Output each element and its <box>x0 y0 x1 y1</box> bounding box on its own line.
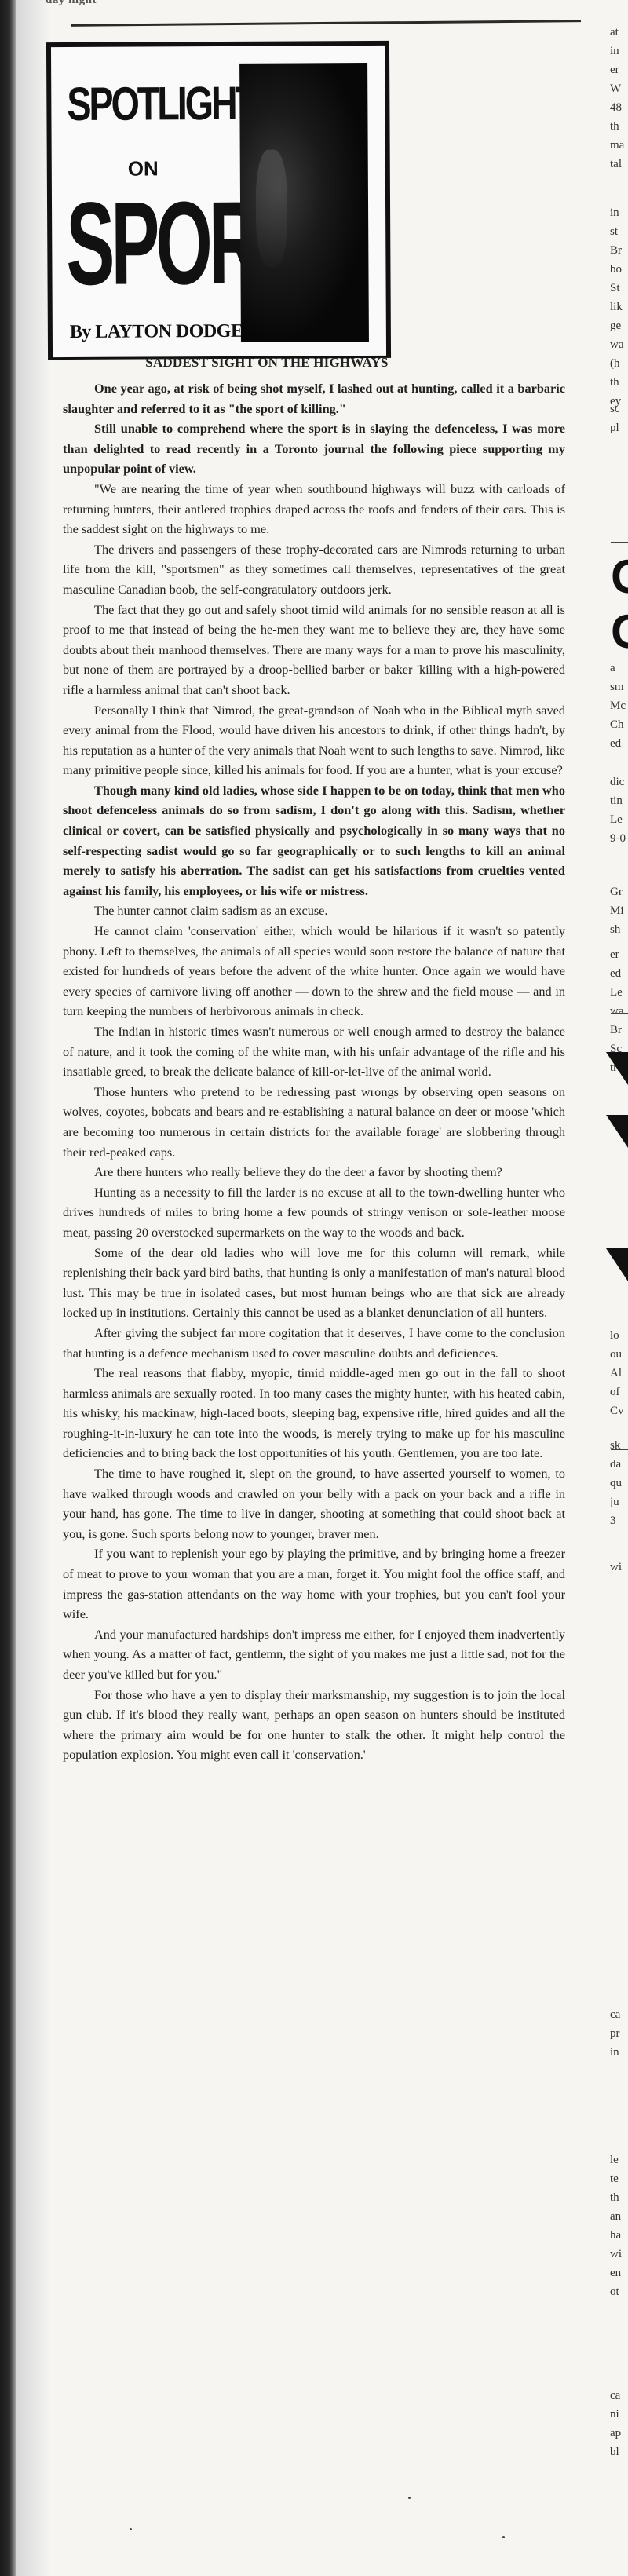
print-speck <box>408 2497 411 2499</box>
adjacent-text-fragment: 9-0 <box>610 830 626 847</box>
article-paragraph: The hunter cannot claim sadism as an exc… <box>63 901 565 921</box>
adjacent-text-fragment: an <box>610 2208 621 2225</box>
article-body: One year ago, at risk of being shot myse… <box>63 378 565 1765</box>
adjacent-text-fragment: W <box>610 80 621 97</box>
article-paragraph: Still unable to comprehend where the spo… <box>63 418 565 479</box>
adjacent-text-fragment: pr <box>610 2025 620 2042</box>
article-paragraph: Personally I think that Nimrod, the grea… <box>63 700 565 780</box>
article-paragraph: For those who have a yen to display thei… <box>63 1685 565 1765</box>
adjacent-text-fragment: st <box>610 223 618 240</box>
adjacent-text-fragment: th <box>610 2189 619 2206</box>
article-paragraph: "We are nearing the time of year when so… <box>63 479 565 539</box>
adjacent-text-fragment: er <box>610 61 619 79</box>
adjacent-text-fragment: ou <box>610 1346 622 1363</box>
adjacent-text-fragment: a <box>610 660 615 677</box>
article-paragraph: One year ago, at risk of being shot myse… <box>63 378 565 418</box>
article-paragraph: Some of the dear old ladies who will lov… <box>63 1243 565 1323</box>
adjacent-text-fragment: ju <box>610 1493 619 1511</box>
adjacent-text-fragment: ed <box>610 965 621 982</box>
adjacent-text-fragment: tin <box>610 792 623 809</box>
adjacent-text-fragment: ge <box>610 317 621 334</box>
adjacent-text-fragment: lo <box>610 1327 619 1344</box>
adjacent-text-fragment: Gr <box>610 883 623 901</box>
adjacent-text-fragment: Le <box>610 811 623 828</box>
adjacent-text-fragment: bl <box>610 2443 619 2461</box>
adjacent-text-fragment: in <box>610 2044 619 2061</box>
article-paragraph: The fact that they go out and safely sho… <box>63 600 565 700</box>
article-paragraph: The time to have roughed it, slept on th… <box>63 1463 565 1544</box>
masthead-spotlight: SPOTLIGHT <box>67 76 255 131</box>
adjacent-headline-glyph <box>606 1115 628 1150</box>
adjacent-text-fragment: St <box>610 280 620 297</box>
adjacent-text-fragment: wi <box>610 2245 622 2263</box>
column-masthead: SPOTLIGHT ON SPORTS By LAYTON DODGE <box>46 41 391 360</box>
adjacent-text-fragment: Cv <box>610 1402 624 1420</box>
adjacent-text-fragment: Br <box>610 1021 622 1039</box>
adjacent-text-fragment: dic <box>610 773 624 791</box>
adjacent-text-fragment: er <box>610 946 619 963</box>
adjacent-text-fragment: sk <box>610 1437 620 1454</box>
adjacent-text-fragment: (h <box>610 355 620 372</box>
page-gutter-fade <box>17 0 49 2576</box>
article-paragraph: And your manufactured hardships don't im… <box>63 1624 565 1685</box>
article-paragraph: Hunting as a necessity to fill the larde… <box>63 1182 565 1243</box>
adjacent-headline-letter: C <box>611 605 628 659</box>
article-paragraph: If you want to replenish your ego by pla… <box>63 1544 565 1624</box>
adjacent-text-fragment: wa <box>610 1003 624 1020</box>
adjacent-text-fragment: qu <box>610 1474 622 1492</box>
adjacent-headline-letter: C <box>611 550 628 604</box>
adjacent-text-fragment: pl <box>610 419 619 437</box>
adjacent-text-fragment: Ch <box>610 716 624 733</box>
adjacent-text-fragment: ed <box>610 735 621 752</box>
byline: By LAYTON DODGE <box>70 321 243 343</box>
adjacent-text-fragment: sm <box>610 678 624 696</box>
article-headline: SADDEST SIGHT ON THE HIGHWAYS <box>102 355 432 371</box>
article-paragraph: The Indian in historic times wasn't nume… <box>63 1021 565 1082</box>
adjacent-text-fragment: Mc <box>610 697 626 714</box>
adjacent-text-fragment: sh <box>610 921 620 938</box>
print-speck <box>502 2536 505 2538</box>
top-rule <box>71 20 581 27</box>
adjacent-text-fragment: of <box>610 1383 620 1401</box>
adjacent-headline-glyph <box>606 1248 628 1284</box>
adjacent-text-fragment: ot <box>610 2283 619 2300</box>
article-paragraph: Though many kind old ladies, whose side … <box>63 780 565 901</box>
page-gutter-shadow <box>0 0 17 2576</box>
adjacent-text-fragment: ap <box>610 2424 621 2442</box>
column-divider <box>604 0 605 2576</box>
adjacent-text-fragment: ni <box>610 2406 619 2423</box>
adjacent-text-fragment: in <box>610 204 619 221</box>
adjacent-text-fragment: tal <box>610 155 622 173</box>
adjacent-text-fragment: at <box>610 24 619 41</box>
adjacent-text-fragment: Br <box>610 242 622 259</box>
adjacent-rule <box>611 1013 628 1014</box>
adjacent-text-fragment: da <box>610 1456 621 1473</box>
adjacent-text-fragment: te <box>610 2170 619 2187</box>
previous-article-fragment: day night <box>46 0 97 7</box>
adjacent-column-fragments: atinerW48thmatalinstBrboStlikgewa(htheys… <box>610 0 628 2576</box>
columnist-photo <box>239 63 369 342</box>
adjacent-text-fragment: th <box>610 118 619 135</box>
adjacent-text-fragment: sc <box>610 400 620 418</box>
adjacent-text-fragment: 48 <box>610 99 622 116</box>
adjacent-text-fragment: le <box>610 2151 619 2169</box>
adjacent-text-fragment: th <box>610 374 619 391</box>
adjacent-rule <box>611 1449 628 1450</box>
article-paragraph: Are there hunters who really believe the… <box>63 1162 565 1182</box>
adjacent-text-fragment: ha <box>610 2227 621 2244</box>
adjacent-text-fragment: Al <box>610 1365 622 1382</box>
adjacent-headline-glyph <box>606 1052 628 1087</box>
adjacent-text-fragment: 3 <box>610 1512 616 1529</box>
adjacent-text-fragment: ca <box>610 2006 620 2023</box>
adjacent-text-fragment: ma <box>610 137 624 154</box>
article-paragraph: After giving the subject far more cogita… <box>63 1323 565 1363</box>
adjacent-text-fragment: Mi <box>610 902 624 919</box>
article-paragraph: He cannot claim 'conservation' either, w… <box>63 921 565 1021</box>
adjacent-text-fragment: wa <box>610 336 624 353</box>
adjacent-text-fragment: Le <box>610 984 623 1001</box>
adjacent-text-fragment: en <box>610 2264 621 2282</box>
article-paragraph: The drivers and passengers of these trop… <box>63 539 565 600</box>
article-paragraph: Those hunters who pretend to be redressi… <box>63 1082 565 1162</box>
adjacent-text-fragment: lik <box>610 298 623 316</box>
article-paragraph: The real reasons that flabby, myopic, ti… <box>63 1363 565 1463</box>
adjacent-text-fragment: wi <box>610 1558 622 1576</box>
adjacent-text-fragment: ca <box>610 2387 620 2404</box>
adjacent-text-fragment: bo <box>610 261 622 278</box>
print-speck <box>130 2528 132 2530</box>
adjacent-text-fragment: in <box>610 42 619 60</box>
adjacent-rule <box>611 542 628 543</box>
